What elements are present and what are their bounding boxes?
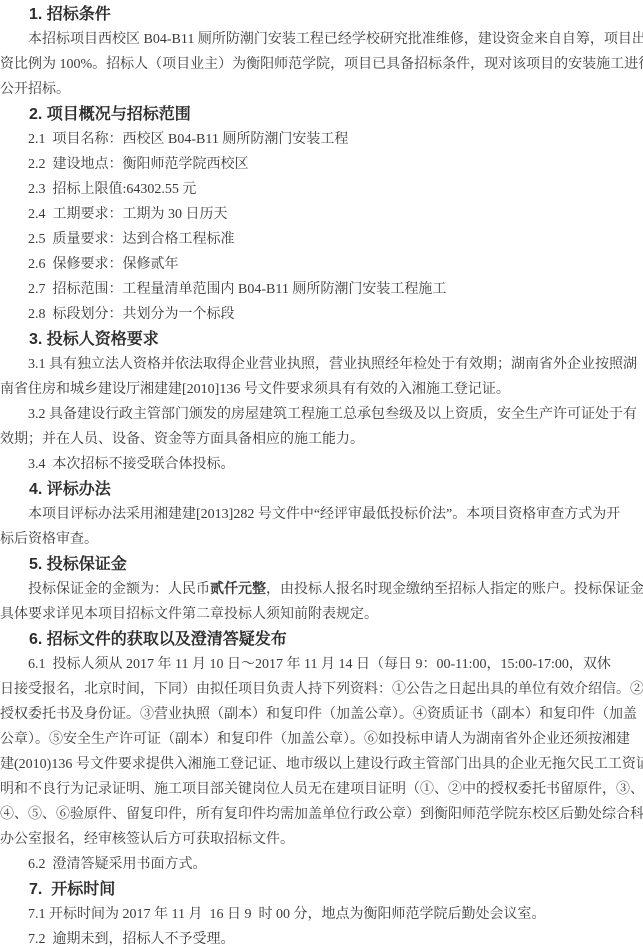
text-segment: 投标保证金的金额为：人民币 bbox=[28, 582, 210, 597]
bold-text-segment: 贰仟元整 bbox=[210, 582, 266, 597]
doc-line: 3.1 具有独立法人资格并依法取得企业营业执照，营业执照经年检处于有效期；湖南省… bbox=[0, 352, 643, 377]
doc-line: 本项目评标办法采用湘建建[2013]282 号文件中“经评审最低投标价法”。本项… bbox=[0, 502, 643, 527]
section-heading: 6. 招标文件的获取以及澄清答疑发布 bbox=[0, 627, 643, 652]
doc-line: ④、⑤、⑥验原件、留复印件，所有复印件均需加盖单位行政公章）到衡阳师范学院东校区… bbox=[0, 802, 643, 827]
doc-line: 本招标项目西校区 B04-B11 厕所防潮门安装工程已经学校研究批准维修，建设资… bbox=[0, 27, 643, 52]
doc-line: 日接受报名，北京时间，下同）由拟任项目负责人持下列资料：①公告之日起出具的单位有… bbox=[0, 677, 643, 702]
doc-line: 2.2 建设地点：衡阳师范学院西校区 bbox=[0, 152, 643, 177]
section-heading: 1. 招标条件 bbox=[0, 2, 643, 27]
doc-line: 标后资格审查。 bbox=[0, 527, 643, 552]
doc-line: 2.3 招标上限值:64302.55 元 bbox=[0, 177, 643, 202]
doc-line: 2.8 标段划分：共划分为一个标段 bbox=[0, 302, 643, 327]
doc-line: 2.6 保修要求：保修贰年 bbox=[0, 252, 643, 277]
doc-line: 3.4 本次招标不接受联合体投标。 bbox=[0, 452, 643, 477]
doc-line: 3.2 具备建设行政主管部门颁发的房屋建筑工程施工总承包叁级及以上资质，安全生产… bbox=[0, 402, 643, 427]
section-heading: 4. 评标办法 bbox=[0, 477, 643, 502]
text-segment: ，由投标人报名时现金缴纳至招标人指定的账户。投标保证金 bbox=[266, 582, 643, 597]
doc-line: 建(2010)136 号文件要求提供入湘施工登记证、地市级以上建设行政主管部门出… bbox=[0, 752, 643, 777]
section-heading: 2. 项目概况与招标范围 bbox=[0, 102, 643, 127]
doc-line: 2.7 招标范围：工程量清单范围内 B04-B11 厕所防潮门安装工程施工 bbox=[0, 277, 643, 302]
section-heading: 7. 开标时间 bbox=[0, 877, 643, 902]
doc-line: 6.1 投标人须从 2017 年 11 月 10 日～2017 年 11 月 1… bbox=[0, 652, 643, 677]
doc-line: 7.2 逾期未到，招标人不予受理。 bbox=[0, 927, 643, 948]
doc-line: 南省住房和城乡建设厅湘建建[2010]136 号文件要求须具有有效的入湘施工登记… bbox=[0, 377, 643, 402]
doc-line: 2.5 质量要求：达到合格工程标准 bbox=[0, 227, 643, 252]
doc-line: 7.1 开标时间为 2017 年 11 月 16 日 9 时 00 分，地点为衡… bbox=[0, 902, 643, 927]
doc-line: 公章）。⑤安全生产许可证（副本）和复印件（加盖公章）。⑥如投标申请人为湖南省外企… bbox=[0, 727, 643, 752]
doc-line: 2.4 工期要求：工期为 30 日历天 bbox=[0, 202, 643, 227]
section-heading: 5. 投标保证金 bbox=[0, 552, 643, 577]
doc-line: 投标保证金的金额为：人民币贰仟元整，由投标人报名时现金缴纳至招标人指定的账户。投… bbox=[0, 577, 643, 602]
section-heading: 3. 投标人资格要求 bbox=[0, 327, 643, 352]
doc-line: 授权委托书及身份证。③营业执照（副本）和复印件（加盖公章）。④资质证书（副本）和… bbox=[0, 702, 643, 727]
doc-line: 效期；并在人员、设备、资金等方面具备相应的施工能力。 bbox=[0, 427, 643, 452]
doc-line: 明和不良行为记录证明、施工项目部关键岗位人员无在建项目证明（①、②中的授权委托书… bbox=[0, 777, 643, 802]
doc-line: 资比例为 100%。招标人（项目业主）为衡阳师范学院，项目已具备招标条件，现对该… bbox=[0, 52, 643, 77]
doc-line: 办公室报名，经审核签认后方可获取招标文件。 bbox=[0, 827, 643, 852]
document-page: 1. 招标条件本招标项目西校区 B04-B11 厕所防潮门安装工程已经学校研究批… bbox=[0, 0, 643, 948]
doc-line: 6.2 澄清答疑采用书面方式。 bbox=[0, 852, 643, 877]
doc-line: 公开招标。 bbox=[0, 77, 643, 102]
doc-line: 2.1 项目名称：西校区 B04-B11 厕所防潮门安装工程 bbox=[0, 127, 643, 152]
doc-line: 具体要求详见本项目招标文件第二章投标人须知前附表规定。 bbox=[0, 602, 643, 627]
